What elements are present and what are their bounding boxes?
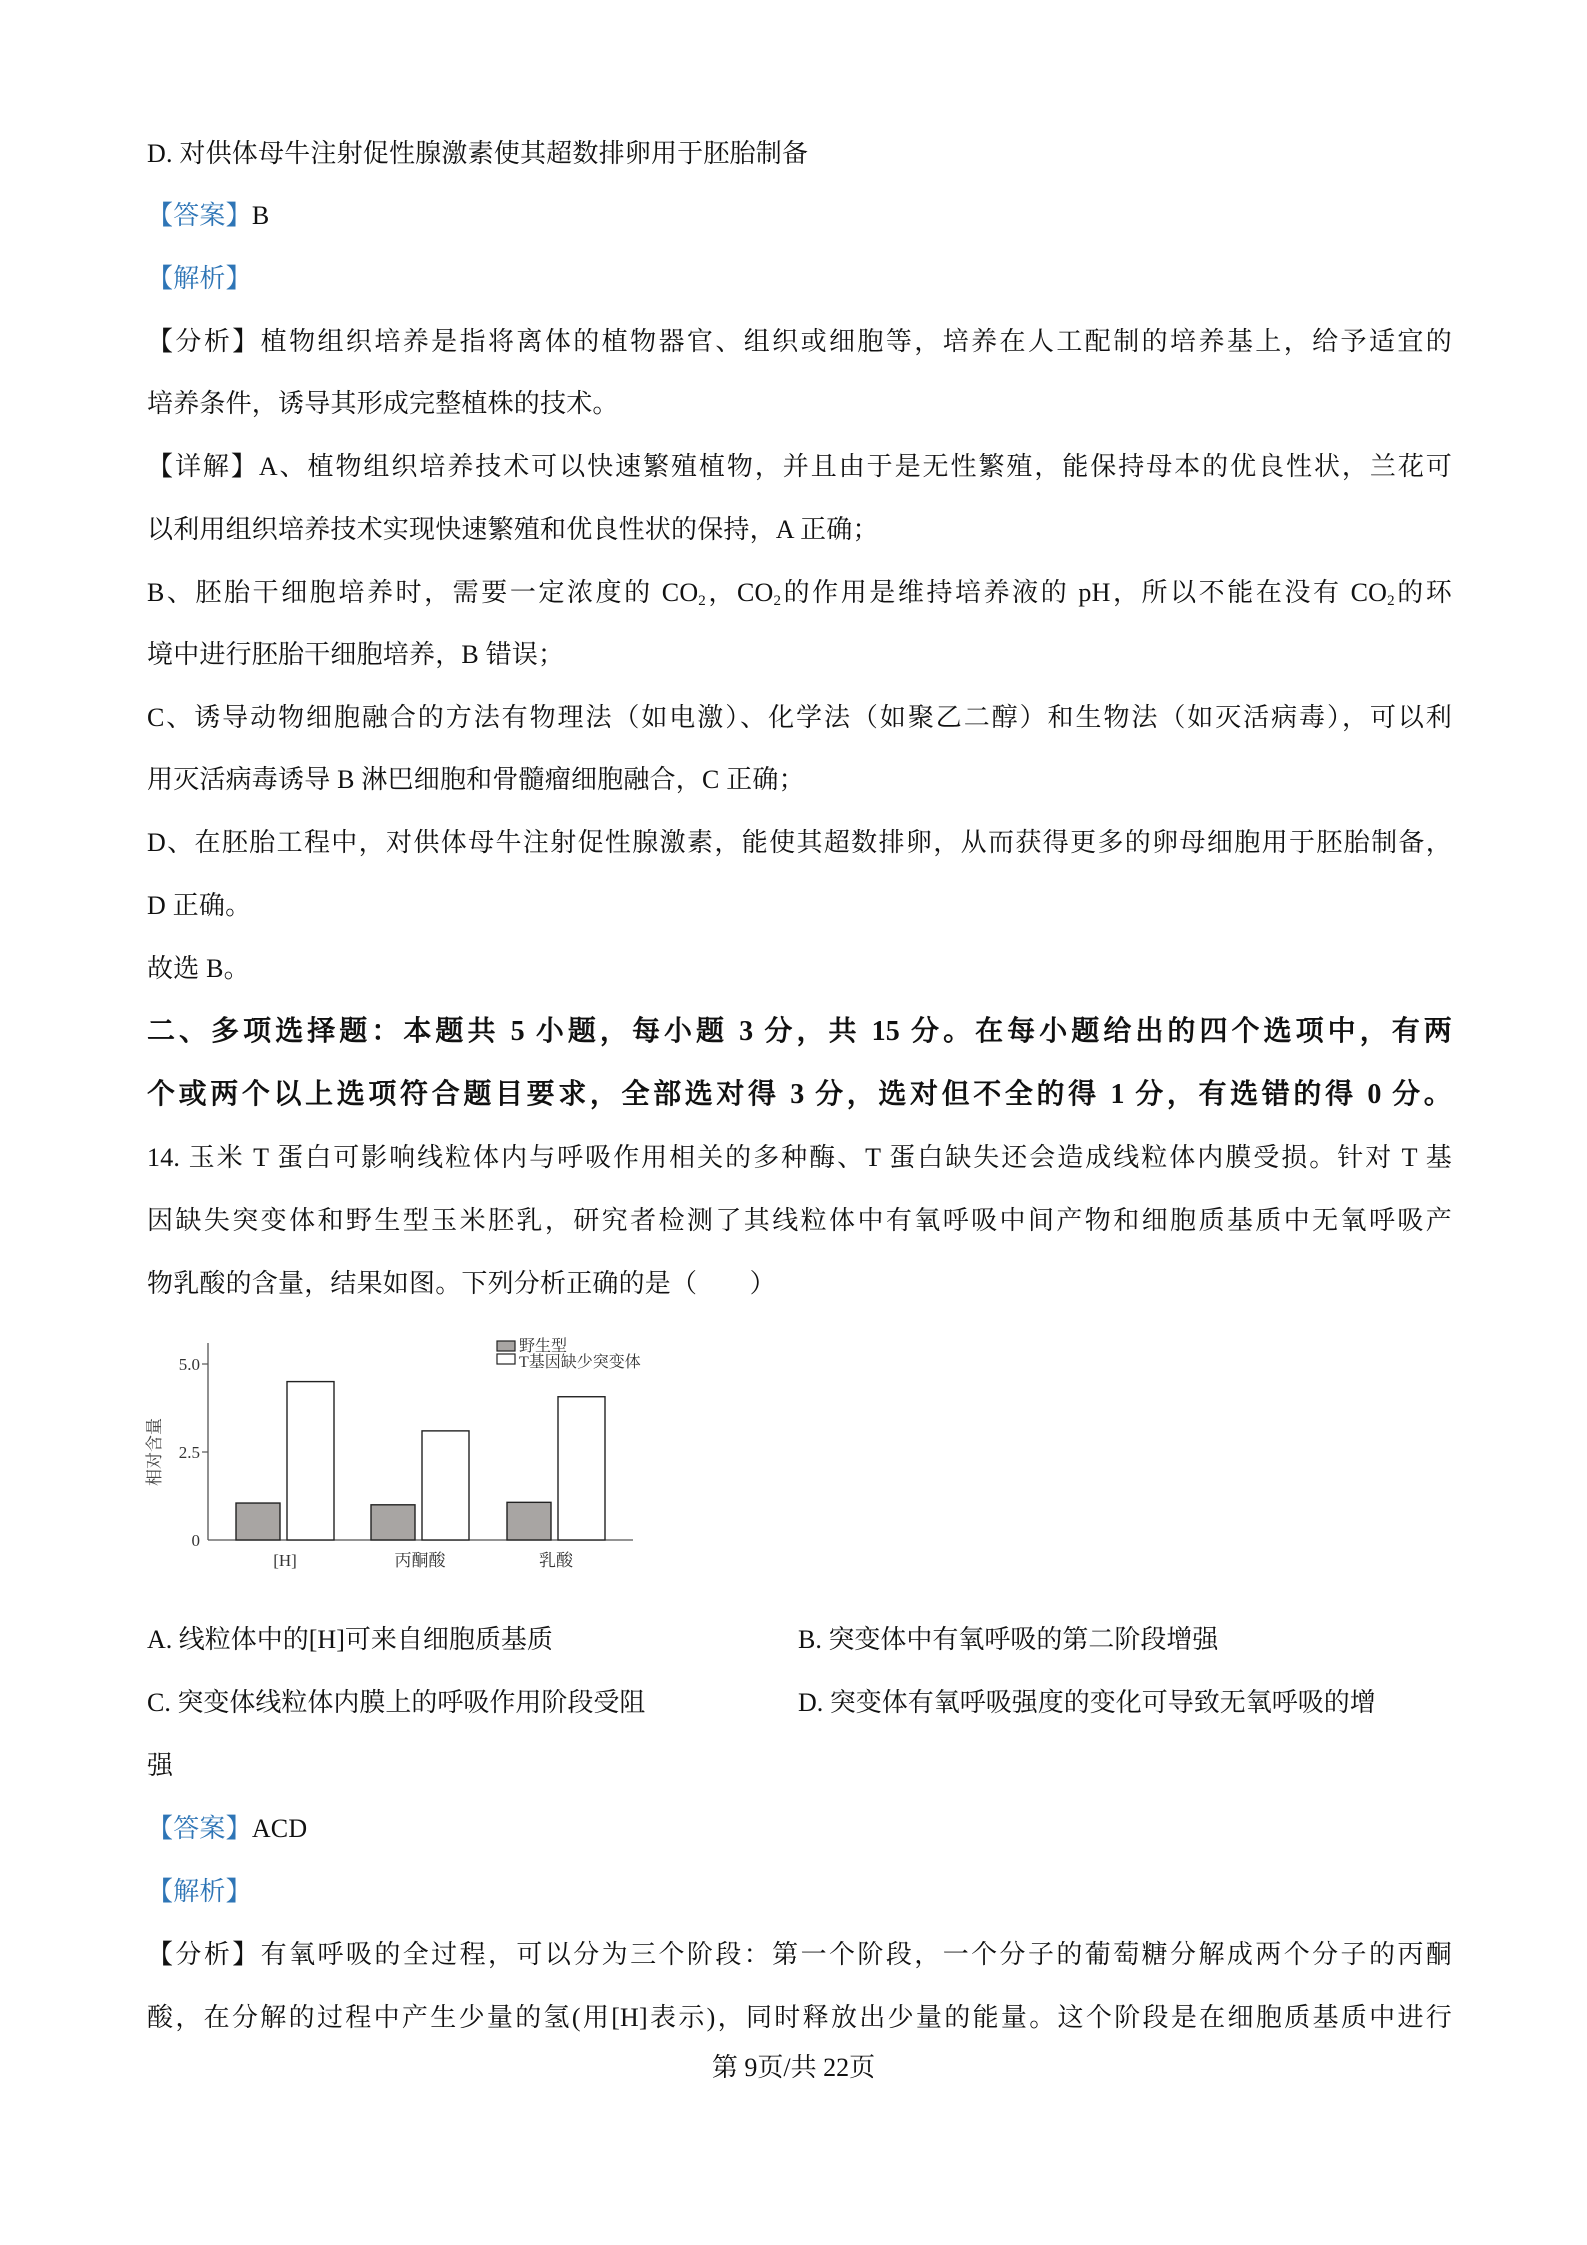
explain-c-line-1: C、诱导动物细胞融合的方法有物理法（如电激）、化学法（如聚乙二醇）和生物法（如灭… xyxy=(147,700,1452,736)
q14-stem-line-3: 物乳酸的含量，结果如图。下列分析正确的是（ ） xyxy=(147,1266,1452,1302)
fenxi-tag: 【分析】 xyxy=(147,327,261,356)
svg-text:丙酮酸: 丙酮酸 xyxy=(395,1551,447,1570)
answer-tag: 【答案】 xyxy=(147,1814,252,1843)
fenxi-text: 植物组织培养是指将离体的植物器官、组织或细胞等，培养在人工配制的培养基上，给予适… xyxy=(261,327,1452,356)
xiangjie-line-1: 【详解】A、植物组织培养技术可以快速繁殖植物，并且由于是无性繁殖，能保持母本的优… xyxy=(147,449,1452,485)
svg-text:野生型: 野生型 xyxy=(519,1337,567,1355)
xiangjie-line-2: 以利用组织培养技术实现快速繁殖和优良性状的保持，A 正确； xyxy=(147,512,1452,548)
page-footer: 第 9页/共 22页 xyxy=(0,2050,1587,2086)
chart-canvas: 02.55.0相对含量[H]丙酮酸乳酸野生型T基因缺少突变体 xyxy=(140,1335,660,1595)
explain-b-line-1: B、胚胎干细胞培养时，需要一定浓度的 CO2，CO2的作用是维持培养液的 pH，… xyxy=(147,575,1452,611)
explain-c-line-2: 用灭活病毒诱导 B 淋巴细胞和骨髓瘤细胞融合，C 正确； xyxy=(147,762,1452,798)
prev-answer-row: 【答案】B xyxy=(147,198,1452,234)
svg-text:[H]: [H] xyxy=(273,1551,297,1570)
subscript: 2 xyxy=(1387,593,1395,609)
q14-stem-line-1: 14. 玉米 T 蛋白可影响线粒体内与呼吸作用相关的多种酶、T 蛋白缺失还会造成… xyxy=(147,1140,1452,1176)
q14-stem-line-2: 因缺失突变体和野生型玉米胚乳，研究者检测了其线粒体中有氧呼吸中间产物和细胞质基质… xyxy=(147,1203,1452,1239)
svg-text:T基因缺少突变体: T基因缺少突变体 xyxy=(519,1353,641,1371)
explain-b-line-2: 境中进行胚胎干细胞培养，B 错误； xyxy=(147,637,1452,673)
text-seg: B、胚胎干细胞培养时，需要一定浓度的 CO xyxy=(147,578,698,607)
option-b: B. 突变体中有氧呼吸的第二阶段增强 xyxy=(798,1622,1218,1658)
svg-text:5.0: 5.0 xyxy=(179,1355,200,1374)
svg-text:相对含量: 相对含量 xyxy=(145,1418,164,1486)
text-seg: ，CO xyxy=(706,578,773,607)
xiangjie-tag: 【详解】 xyxy=(147,452,259,481)
q14-fenxi-line-1: 【分析】有氧呼吸的全过程，可以分为三个阶段：第一个阶段，一个分子的葡萄糖分解成两… xyxy=(147,1937,1452,1973)
answer-value: B xyxy=(252,201,270,230)
option-c: C. 突变体线粒体内膜上的呼吸作用阶段受阻 xyxy=(147,1685,645,1721)
q14-analysis-tag: 【解析】 xyxy=(147,1874,1452,1910)
fenxi-text: 有氧呼吸的全过程，可以分为三个阶段：第一个阶段，一个分子的葡萄糖分解成两个分子的… xyxy=(261,1940,1452,1969)
q14-answer-row: 【答案】ACD xyxy=(147,1811,1452,1847)
svg-text:乳酸: 乳酸 xyxy=(539,1551,574,1570)
analysis-tag: 【解析】 xyxy=(147,261,1452,297)
answer-value: ACD xyxy=(252,1814,308,1843)
prev-option-d: D. 对供体母牛注射促性腺激素使其超数排卵用于胚胎制备 xyxy=(147,136,1452,172)
answer-tag: 【答案】 xyxy=(147,201,252,230)
svg-text:2.5: 2.5 xyxy=(179,1443,200,1462)
q14-fenxi-line-2: 酸，在分解的过程中产生少量的氢(用[H]表示)，同时释放出少量的能量。这个阶段是… xyxy=(147,2000,1452,2036)
option-a: A. 线粒体中的[H]可来自细胞质基质 xyxy=(147,1622,553,1658)
fenxi-line-2: 培养条件，诱导其形成完整植株的技术。 xyxy=(147,386,1452,422)
section-header-line-1: 二、多项选择题：本题共 5 小题，每小题 3 分，共 15 分。在每小题给出的四… xyxy=(147,1014,1452,1050)
explain-d-line-2: D 正确。 xyxy=(147,888,1452,924)
text-seg: 的环 xyxy=(1395,578,1452,607)
option-d: D. 突变体有氧呼吸强度的变化可导致无氧呼吸的增 xyxy=(798,1685,1376,1721)
bar-chart: 02.55.0相对含量[H]丙酮酸乳酸野生型T基因缺少突变体 xyxy=(140,1335,660,1595)
conclusion: 故选 B。 xyxy=(147,951,1452,987)
xiangjie-text: A、植物组织培养技术可以快速繁殖植物，并且由于是无性繁殖，能保持母本的优良性状，… xyxy=(259,452,1452,481)
svg-text:0: 0 xyxy=(192,1531,201,1550)
fenxi-line-1: 【分析】植物组织培养是指将离体的植物器官、组织或细胞等，培养在人工配制的培养基上… xyxy=(147,324,1452,360)
fenxi-tag: 【分析】 xyxy=(147,1940,261,1969)
explain-d-line-1: D、在胚胎工程中，对供体母牛注射促性腺激素，能使其超数排卵，从而获得更多的卵母细… xyxy=(147,825,1452,861)
subscript: 2 xyxy=(698,593,706,609)
option-d-continued: 强 xyxy=(147,1748,173,1784)
text-seg: 的作用是维持培养液的 pH，所以不能在没有 CO xyxy=(781,578,1387,607)
section-header-line-2: 个或两个以上选项符合题目要求，全部选对得 3 分，选对但不全的得 1 分，有选错… xyxy=(147,1077,1452,1113)
